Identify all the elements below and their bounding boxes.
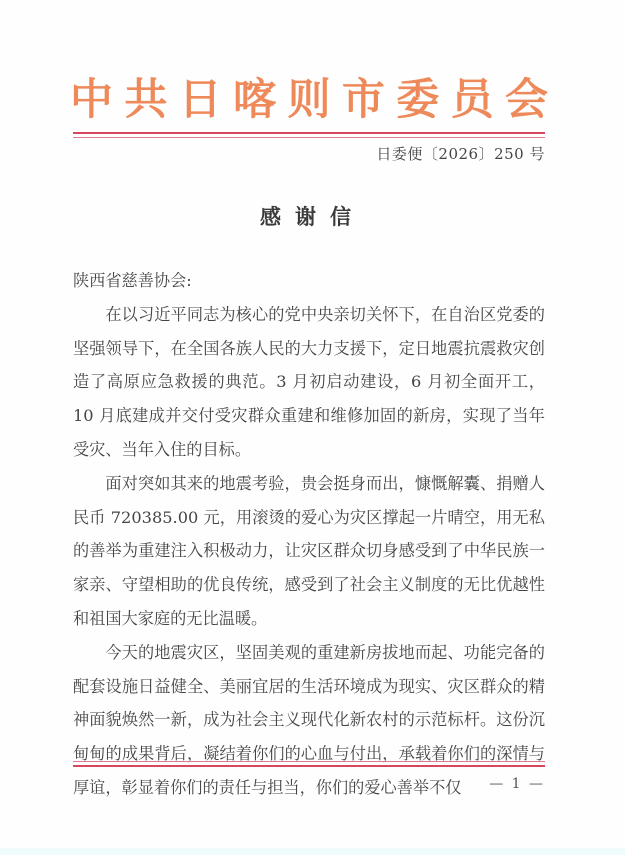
document-page: 中 共 日 喀 则 市 委 员 会 日委便〔2026〕250 号 感谢信 陕西省…	[0, 0, 625, 855]
masthead-char: 委	[396, 72, 439, 128]
footer-rule-thin	[73, 761, 545, 762]
paragraph: 面对突如其来的地震考验，贵会挺身而出，慷慨解囊、捐赠人民币 720385.00 …	[73, 467, 545, 636]
letter-title: 感谢信	[0, 201, 625, 231]
paragraph: 在以习近平同志为核心的党中央亲切关怀下，在自治区党委的坚强领导下，在全国各族人民…	[73, 298, 545, 467]
header-rule-thin	[73, 137, 545, 138]
masthead-char: 共	[124, 72, 167, 128]
masthead-char: 日	[179, 72, 222, 128]
masthead-char: 喀	[233, 72, 276, 128]
footer-rule-thick	[73, 765, 545, 767]
salutation: 陕西省慈善协会:	[73, 264, 545, 298]
masthead-char: 员	[451, 72, 494, 128]
masthead-char: 市	[342, 72, 385, 128]
masthead-char: 中	[70, 72, 113, 128]
masthead-char: 则	[288, 72, 331, 128]
masthead-char: 会	[505, 72, 548, 128]
masthead-organization: 中 共 日 喀 则 市 委 员 会	[70, 72, 548, 128]
page-number: — 1 —	[489, 776, 545, 792]
paragraph: 今天的地震灾区，坚固美观的重建新房拔地而起、功能完备的配套设施日益健全、美丽宜居…	[73, 636, 545, 805]
letter-body: 陕西省慈善协会: 在以习近平同志为核心的党中央亲切关怀下，在自治区党委的坚强领导…	[73, 264, 545, 805]
header-rule-thick	[73, 132, 545, 134]
page-bottom-edge	[0, 848, 625, 855]
document-number: 日委便〔2026〕250 号	[376, 143, 545, 164]
